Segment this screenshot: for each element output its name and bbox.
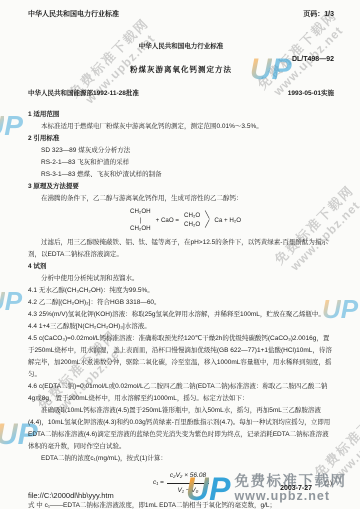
standard-number: DL/T498—92: [28, 56, 334, 63]
up-logo-icon: UP: [0, 112, 23, 140]
section-2-heading: 2 引用标准: [28, 133, 334, 145]
section-1-paragraph: 本标准适用于燃煤电厂粉煤灰中游离氧化钙的测定，测定范围0.01%～3.5%。: [28, 121, 334, 133]
reference-item: RS-2-1—83 飞灰和炉渣的采样: [28, 157, 334, 169]
print-date: 2003-7-27: [280, 485, 312, 492]
chemical-equation: CH₂OH | CH₂OH + CaO = CH₂O CH₂O ╲ ╱ Ca +…: [130, 208, 334, 234]
header-title: 中华人民共和国电力行业标准: [28, 9, 119, 19]
page-number: 页码：1/3: [303, 9, 334, 19]
file-path: file://C:\2000dl\hb\yyy.htm: [28, 491, 114, 500]
document-body: 1 适用范围 本标准适用于燃煤电厂粉煤灰中游离氧化钙的测定，测定范围0.01%～…: [28, 109, 334, 509]
section-4-intro: 分析中使用分析纯试剂和蒸馏水。: [28, 273, 334, 285]
reference-item: RS-3-1—83 燃煤、飞灰和炉渣试样的制备: [28, 169, 334, 181]
section-3-paragraph: 过滤后，用三乙醇胺掩蔽铁、铝、钛、锰等离子，在pH>12.5的条件下，以钙黄绿素…: [28, 237, 334, 261]
bond-lines: ╲ ╱: [205, 212, 209, 229]
approval-row: 中华人民共和国能源部1992-11-28批准 1993-05-01实施: [28, 88, 334, 97]
up-logo-icon: UP: [0, 288, 22, 314]
reagent-item-4-4: 4.4 1+4三乙醇胺[N(CH₂CH₂OH)₃]水溶液。: [28, 321, 334, 333]
formula-lhs: c₁ =: [153, 477, 164, 489]
up-logo-icon: UP: [186, 473, 230, 505]
formula-intro: EDTA二钠的浓度c₁(mg/mL)，按式(1)计算：: [28, 453, 334, 465]
reference-item: SD 323—89 煤灰成分分析方法: [28, 145, 334, 157]
document-page: 免费标准下载网 www.upbz.net 免费标准下载网 www.upbz.ne…: [0, 0, 360, 509]
document-title: 粉煤灰游离氧化钙测定方法: [28, 64, 334, 75]
upbz-brand-footer: UP 免费标准下载网 www.upbz.net: [186, 473, 346, 505]
reagent-item-4-3: 4.3 25%(m/V)氢氧化钾(KOH)溶液：称取25g氢氧化钾用水溶解，并稀…: [28, 309, 334, 321]
section-1-heading: 1 适用范围: [28, 109, 334, 121]
section-3-paragraph: 在沸腾的条件下，乙二醇与游离氧化钙作用，生成可溶性的乙二醇钙：: [28, 193, 334, 205]
section-3-heading: 3 原理及方法提要: [28, 181, 334, 193]
reaction-operator: + CaO =: [156, 217, 179, 226]
document-content: 中华人民共和国电力行业标准 页码：1/3 中华人民共和国电力行业标准 DL/T4…: [28, 0, 334, 509]
reaction-product: Ca + H₂O: [214, 217, 241, 226]
glycolate-structure: CH₂O CH₂O: [184, 212, 200, 229]
approval-text: 中华人民共和国能源部1992-11-28批准: [28, 88, 139, 97]
section-4-heading: 4 试剂: [28, 261, 334, 273]
implementation-date: 1993-05-01实施: [288, 88, 334, 97]
reagent-item-4-2: 4.2 乙二醇[(CH₂OH)₂]：符合HGB 3318—60。: [28, 297, 334, 309]
page-header: 中华人民共和国电力行业标准 页码：1/3: [28, 0, 334, 19]
glycol-structure: CH₂OH | CH₂OH: [130, 208, 151, 234]
reagent-item-4-5: 4.5 c(CaCO₃)=0.02mol/L钙标准溶液：准确称取预先经120℃干…: [28, 333, 334, 381]
calibration-procedure: 准确吸取10mL钙标准溶液(4.5)置于250mL锥形瓶中，加入50mL水，摇匀…: [28, 405, 334, 453]
standard-org-line: 中华人民共和国电力行业标准: [28, 41, 334, 50]
reagent-item-4-1: 4.1 无水乙醇(CH₃CH₂OH)：纯度为99.5%。: [28, 285, 334, 297]
reagent-item-4-6: 4.6 c(EDTA二钠)=0.01mol/L或0.02mol/L乙二胺四乙酸二…: [28, 381, 334, 405]
